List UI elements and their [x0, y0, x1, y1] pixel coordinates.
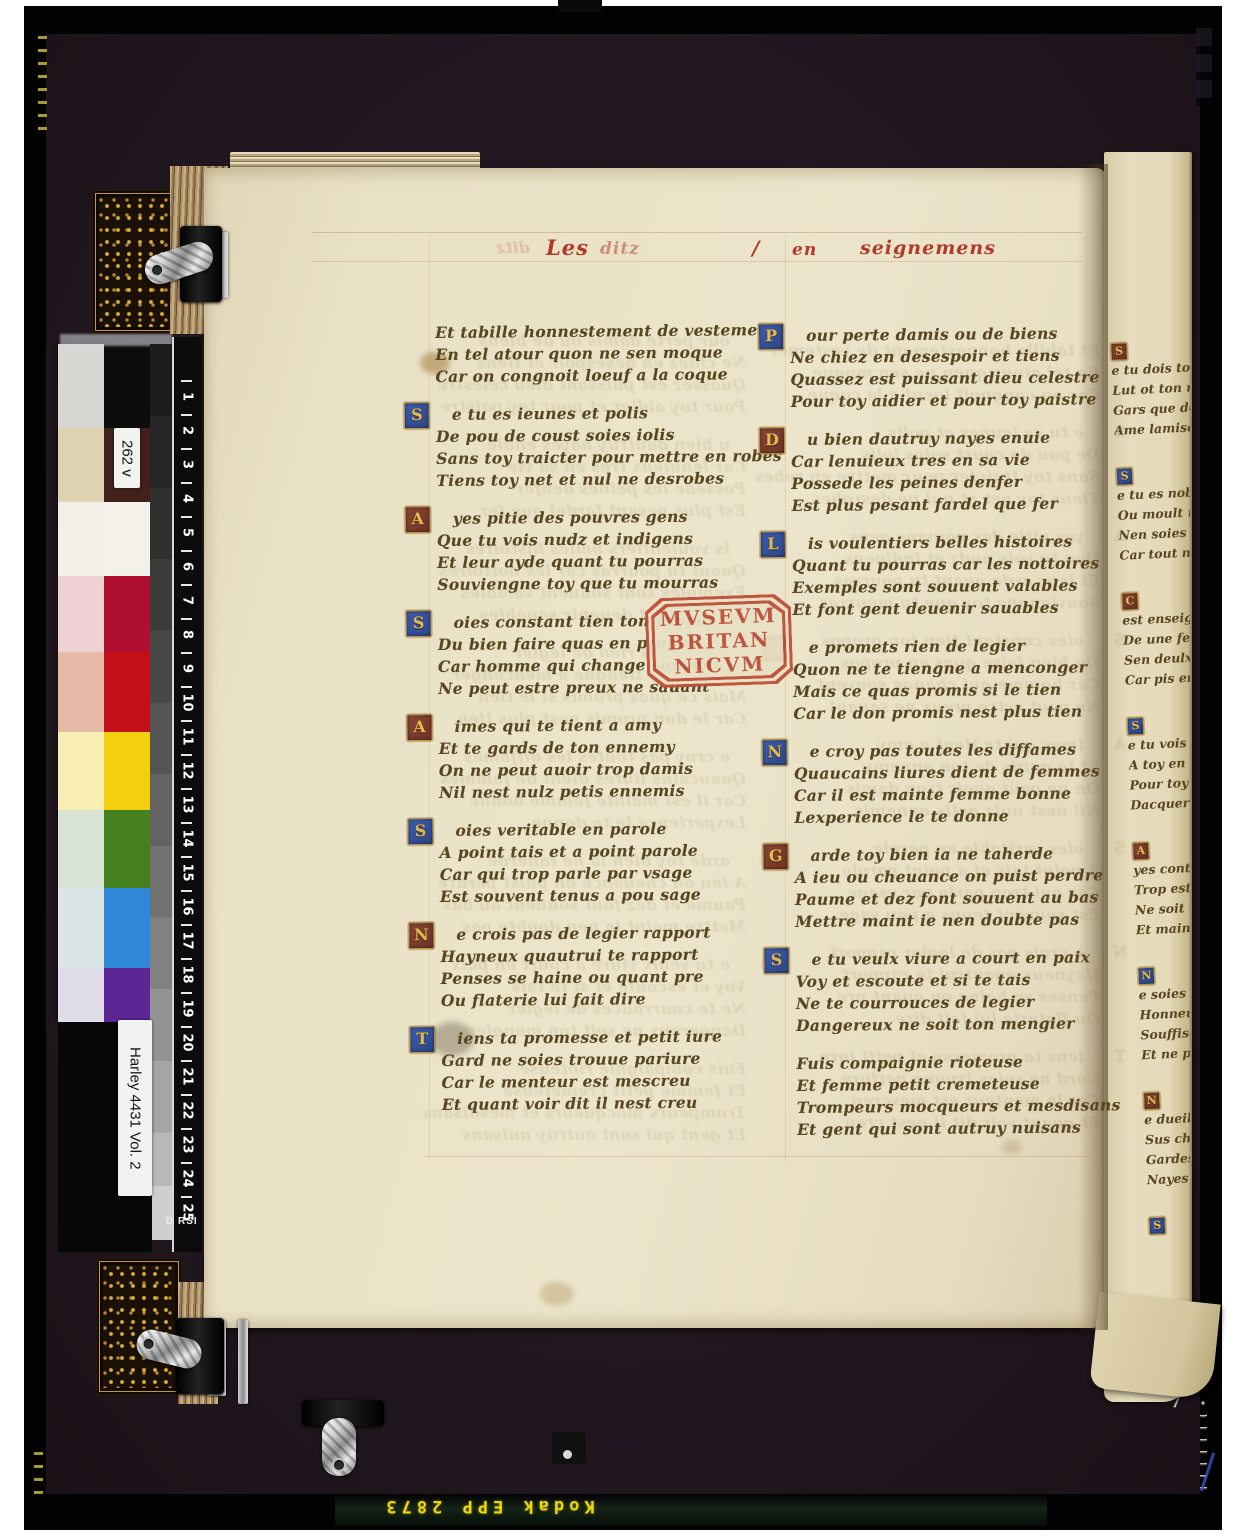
- stanza: Garde toy bien ia ne taherdeA ieu ou che…: [795, 842, 1106, 933]
- ruler-number: 19: [180, 997, 195, 1021]
- stanza: Se tu congnois hoNe le hante soit loCar …: [1148, 1207, 1190, 1236]
- ruler-number: 14: [180, 827, 195, 851]
- verse-line: Quon ne te tiengne a menconger: [793, 656, 1103, 681]
- ruler-tick-icon: [181, 482, 192, 484]
- rubric-header-word: en: [792, 240, 817, 260]
- rubric-showthrough: ditz: [496, 238, 530, 257]
- verse-line: Mais ce quas promis si le tien: [793, 678, 1103, 703]
- ruler-tick-icon: [181, 822, 192, 824]
- stanza: Ayes contenance plTrop estourdi ne tNe s…: [1132, 832, 1190, 940]
- verse-line: Sen deulx amer p: [1124, 645, 1190, 670]
- parchment-stain: [540, 1282, 574, 1306]
- illuminated-initial: A: [405, 506, 431, 533]
- color-patch-vivid: [104, 344, 150, 428]
- ruler-tick-icon: [181, 618, 192, 620]
- verse-line: e tu es noble ou tu: [1116, 481, 1190, 506]
- ruler-number: 13: [180, 793, 195, 817]
- verse-line: A point tais et a point parole: [440, 839, 740, 864]
- illuminated-initial: A: [1132, 842, 1150, 861]
- patch-row: [58, 344, 150, 428]
- verse-line: e croy pas toutes les diffames: [794, 738, 1104, 763]
- verse-line: Mettre maint ie nen doubte pas: [795, 908, 1105, 933]
- ruler-tick-icon: [181, 550, 192, 552]
- verse-line: e tu veulx viure a court en paix: [795, 946, 1105, 971]
- verse-line: Ne te courrouces de legier: [796, 990, 1106, 1015]
- ruler-tick-icon: [181, 856, 192, 858]
- illuminated-initial: T: [409, 1026, 435, 1053]
- patch-row: [58, 888, 150, 968]
- patch-row: [58, 576, 150, 652]
- film-sprocket-marks-icon: [1196, 28, 1212, 106]
- ruler-tick-icon: [181, 720, 192, 722]
- ruler-number: 20: [180, 1031, 195, 1055]
- verse-line: De pou de coust soies iolis: [436, 423, 736, 448]
- verse-line: e crois pas de legier rapport: [440, 921, 740, 946]
- illuminated-initial: S: [1148, 1216, 1166, 1235]
- patch-row: [58, 810, 150, 888]
- patch-row: [58, 502, 150, 576]
- ruler-segment: 21: [174, 1061, 202, 1095]
- ruler-number: 4: [180, 487, 195, 511]
- verse-line: Quant tu pourras car les nottoires: [792, 552, 1102, 577]
- stanza: Ayes pitie des pouvres gensQue tu vois n…: [437, 505, 738, 596]
- verse-line: Dangereux ne soit ton mengier: [796, 1012, 1106, 1037]
- verse-line: Car le menteur est mescreu: [442, 1069, 742, 1094]
- ruler-segment: 10: [174, 687, 202, 721]
- stanza: Ne croy pas toutes les diffamesQuaucains…: [794, 738, 1105, 829]
- ruler-number: 9: [180, 657, 195, 681]
- recto-page-corner: [1089, 1292, 1220, 1400]
- verse-line: Trompeurs mocqueurs et mesdisans: [797, 1094, 1107, 1119]
- ruler-number: 22: [180, 1099, 195, 1123]
- ruler-segment: 2: [174, 415, 202, 449]
- stanza: Ne crois pas de legier rapportHayneux qu…: [440, 921, 741, 1012]
- verse-line: Car on congnoit loeuf a la coque: [435, 363, 735, 388]
- illuminated-initial: S: [1110, 342, 1128, 361]
- verse-line: our perte damis ou de biens: [790, 322, 1100, 347]
- ruled-line: [312, 232, 1082, 233]
- verse-line: Car le don promis nest plus tien: [793, 700, 1103, 725]
- verse-line: Exemples sont souuent valables: [792, 574, 1102, 599]
- ruler-tick-icon: [181, 652, 192, 654]
- ruled-line-vertical: [785, 236, 786, 1162]
- illuminated-initial: S: [1127, 717, 1145, 736]
- verse-line: Penses se haine ou quant pre: [441, 965, 741, 990]
- stanza: Ne promets rien de legierQuon ne te tien…: [793, 634, 1104, 725]
- grayscale-wedge: [150, 344, 172, 1240]
- color-patch-pale: [58, 502, 104, 576]
- verse-line: Possede les peines denfer: [791, 470, 1101, 495]
- illuminated-initial: S: [407, 818, 433, 845]
- ruler-number: 6: [180, 555, 195, 579]
- ruler-tick-icon: [181, 958, 192, 960]
- ruler-segment: 18: [174, 959, 202, 993]
- stanza: Se tu vois fortune pA toy en chevance oP…: [1126, 707, 1190, 815]
- ruler-segment: 20: [174, 1027, 202, 1061]
- verse-line: u bien dautruy nayes enuie: [791, 426, 1101, 451]
- stanza: Cest enseignemenDe une femme ne tSen deu…: [1121, 583, 1190, 691]
- illuminated-initial: A: [406, 714, 432, 741]
- verse-line: Et tabille honnestement de vestemet: [435, 319, 735, 344]
- ruler-segment: 8: [174, 619, 202, 653]
- color-patch-pale: [58, 810, 104, 888]
- ruler-segment: 1: [174, 381, 202, 415]
- folio-label: 262 v: [114, 428, 140, 488]
- binder-clip-handle: [322, 1418, 356, 1476]
- patch-row: [58, 732, 150, 810]
- verse-line: Ame lamise et son: [1114, 416, 1190, 441]
- verse-line: iens ta promesse et petit iure: [441, 1025, 741, 1050]
- verse-line: Et gent qui sont autruy nuisans: [797, 1116, 1107, 1141]
- color-patch-vivid: [104, 732, 150, 810]
- color-patch-vivid: [104, 888, 150, 968]
- color-patch-pale: [58, 732, 104, 810]
- ruler-number: 24: [180, 1167, 195, 1191]
- ruler-tick-icon: [181, 516, 192, 518]
- patch-row: [58, 968, 150, 1022]
- ruler-number: 21: [180, 1065, 195, 1089]
- illuminated-initial: P: [758, 323, 784, 350]
- stanza: Ne dueilles trouverSus chacun ne durGard…: [1143, 1082, 1190, 1190]
- verse-line: Quassez est puissant dieu celestre: [790, 366, 1100, 391]
- verse-line: Car lenuieux tres en sa vie: [791, 448, 1101, 473]
- verse-line: Sans toy traicter pour mettre en robes: [436, 445, 736, 470]
- verse-line: Nen soies pour tan: [1118, 521, 1190, 546]
- ruled-line: [425, 1156, 1090, 1157]
- stanza: Se tu veulx viure a court en paixVoy et …: [795, 946, 1106, 1037]
- stanza: Du bien dautruy nayes enuieCar lenuieux …: [791, 426, 1102, 517]
- verse-line: imes qui te tient a amy: [438, 713, 738, 738]
- stanza: Aimes qui te tient a amyEt te gards de t…: [438, 713, 739, 804]
- color-patch-pale: [58, 968, 104, 1022]
- color-patch-pale: [58, 576, 104, 652]
- illuminated-initial: N: [762, 739, 788, 766]
- ruler-segment: 23: [174, 1129, 202, 1163]
- illuminated-initial: S: [1116, 467, 1134, 486]
- ruler-number: 1: [180, 385, 195, 409]
- ruler-segment: 22: [174, 1095, 202, 1129]
- color-patch-pale: [58, 888, 104, 968]
- verse-line: Fuis compaignie rioteuse: [796, 1050, 1106, 1075]
- recto-edge-text-clip: Se tu dois ton seigLut ot ton maisGars q…: [1106, 336, 1190, 1236]
- ruler-tick-icon: [181, 448, 192, 450]
- rubric-header-word: Les: [546, 235, 589, 260]
- ruler-tick-icon: [181, 992, 192, 994]
- ruler-tick-icon: [181, 686, 192, 688]
- ruler-segment: 5: [174, 517, 202, 551]
- ruler-tick-icon: [181, 890, 192, 892]
- ruler-tick-icon: [181, 1060, 192, 1062]
- verse-line: De une femme ne t: [1123, 625, 1190, 650]
- verse-line: En tel atour quon ne sen moque: [435, 341, 735, 366]
- ruler-segment: 6: [174, 551, 202, 585]
- stanza: Ne soies detracteurHonneurs les ne lSouf…: [1137, 957, 1190, 1065]
- verse-line: Voy et escoute et si te tais: [796, 968, 1106, 993]
- ruler-tick-icon: [181, 1128, 192, 1130]
- verse-line: Et leur ayde quant tu pourras: [437, 549, 737, 574]
- ruler-tick-icon: [181, 754, 192, 756]
- verse-line: Car qui trop parle par vsage: [440, 861, 740, 886]
- stamp-text: MVSEVM BRITAN NICVM: [644, 593, 793, 688]
- stanza: Se tu es noble ou tuOu moult riche toNen…: [1115, 458, 1190, 566]
- illuminated-initial: C: [1121, 592, 1139, 611]
- illuminated-initial: N: [408, 922, 434, 949]
- verse-line: e tu es ieunes et polis: [436, 401, 736, 426]
- verse-line: Paume et dez font souuent au bas: [795, 886, 1105, 911]
- museum-britannicum-stamp: MVSEVM BRITAN NICVM: [644, 593, 793, 688]
- ruler-number: 7: [180, 589, 195, 613]
- verse-line: Ou moult riche to: [1117, 501, 1190, 526]
- ruler-number: 18: [180, 963, 195, 987]
- ruler-number: 8: [180, 623, 195, 647]
- ruler-segment: 12: [174, 755, 202, 789]
- ruler-number: 15: [180, 861, 195, 885]
- verse-line: Gard ne soies trouue pariure: [441, 1047, 741, 1072]
- verse-line: arde toy bien ia ne taherde: [795, 842, 1105, 867]
- ruler-tick-icon: [181, 788, 192, 790]
- ruler-number: 12: [180, 759, 195, 783]
- color-patch-pale: [58, 428, 104, 502]
- verse-line: Tiens toy net et nul ne desrobes: [436, 467, 736, 492]
- ruler-number: 10: [180, 691, 195, 715]
- ruler-number: 11: [180, 725, 195, 749]
- photograph-of-manuscript: Les ditz / en seignemens ditz Pour perte…: [0, 0, 1243, 1536]
- ruler-number: 23: [180, 1133, 195, 1157]
- verse-line: Quaucains liures dient de femmes: [794, 760, 1104, 785]
- ruler-suffix-label: D RSI: [166, 1216, 206, 1227]
- ruler-scale: 1234567891011121314151617181920212223242…: [174, 381, 202, 1231]
- ruler-tick-icon: [181, 1196, 192, 1198]
- ruler-segment: 3: [174, 449, 202, 483]
- ruler-number: 5: [180, 521, 195, 545]
- ruler-segment: 17: [174, 925, 202, 959]
- illuminated-initial: S: [763, 947, 789, 974]
- illuminated-initial: N: [1143, 1092, 1161, 1111]
- stanza: Se tu es ieunes et polisDe pou de coust …: [436, 401, 737, 492]
- verse-line: Et femme petit cremeteuse: [797, 1072, 1107, 1097]
- verse-line: Que tu vois nudz et indigens: [437, 527, 737, 552]
- verse-line: Nil nest nulz petis ennemis: [439, 779, 739, 804]
- verse-line: Et te gards de ton ennemy: [439, 735, 739, 760]
- stamp-line: BRITAN: [646, 626, 793, 655]
- illuminated-initial: L: [760, 531, 786, 558]
- color-patch-vivid: [104, 502, 150, 576]
- color-patch-vivid: [104, 968, 150, 1022]
- illuminated-initial: S: [404, 402, 430, 429]
- ruler-tick-icon: [181, 584, 192, 586]
- verse-line: On ne peut auoir trop damis: [439, 757, 739, 782]
- verse-line: Car pis en vauldro: [1125, 665, 1190, 690]
- verse-line: Car tout nest que: [1119, 541, 1190, 566]
- ruler-tick-icon: [181, 924, 192, 926]
- ruler-segment: 11: [174, 721, 202, 755]
- text-column-right: Pour perte damis ou de biensNe chiez en …: [790, 322, 1107, 1157]
- verse-line: A ieu ou cheuance on puist perdre: [795, 864, 1105, 889]
- verse-line: est enseignemen: [1122, 606, 1190, 631]
- stanza: Et tabille honnestement de vestemetEn te…: [435, 319, 736, 388]
- film-edge-marks-icon: [38, 36, 47, 136]
- rubric-header-word: seignemens: [860, 237, 996, 259]
- stanza: Se tu dois ton seigLut ot ton maisGars q…: [1110, 336, 1190, 441]
- verse-line: Lexperience le te donne: [794, 804, 1104, 829]
- verse-line: Car il est mainte femme bonne: [794, 782, 1104, 807]
- ruler-segment: 7: [174, 585, 202, 619]
- verse-line: Souviengne toy que tu mourras: [437, 571, 737, 596]
- color-patch-vivid: [104, 652, 150, 732]
- ruler-segment: 4: [174, 483, 202, 517]
- illuminated-initial: G: [763, 843, 789, 870]
- rubric-header-separator: /: [752, 236, 760, 260]
- verse-line: Ne chiez en desespoir et tiens: [790, 344, 1100, 369]
- color-patch-pale: [58, 652, 104, 732]
- small-clamp: [552, 1432, 586, 1464]
- verse-line: Et quant voir dit il nest creu: [442, 1091, 742, 1116]
- stanza: Pour perte damis ou de biensNe chiez en …: [790, 322, 1101, 413]
- film-brand-text: Kodak EPP 2873: [352, 1496, 624, 1516]
- ruler-segment: 14: [174, 823, 202, 857]
- film-edge-marks-icon: [34, 1452, 43, 1504]
- stanza: Soies veritable en paroleA point tais et…: [439, 817, 740, 908]
- patch-row: [58, 652, 150, 732]
- illuminated-initial: D: [759, 427, 785, 454]
- color-patch-vivid: [104, 576, 150, 652]
- illuminated-initial: N: [1137, 967, 1155, 986]
- gold-tooled-binding-bottom: [96, 1258, 182, 1395]
- ruler-segment: 15: [174, 857, 202, 891]
- verse-line: Hayneux quautrui te rapport: [440, 943, 740, 968]
- verse-line: Et font gent deuenir sauables: [792, 596, 1102, 621]
- rubric-header-word-faded: ditz: [600, 239, 640, 259]
- stanza: Tiens ta promesse et petit iureGard ne s…: [441, 1025, 742, 1116]
- ruled-line-vertical: [429, 236, 430, 1162]
- ruler-tick-icon: [181, 1094, 192, 1096]
- ruler-tick-icon: [181, 1026, 192, 1028]
- ruler-number: 2: [180, 419, 195, 443]
- verse-line: Est souvent tenus a pou sage: [440, 883, 740, 908]
- verse-line: Est plus pesant fardel que fer: [791, 492, 1101, 517]
- color-patch-vivid: [104, 810, 150, 888]
- ruler-number: 3: [180, 453, 195, 477]
- stanza: Lis voulentiers belles histoiresQuant tu…: [792, 530, 1103, 621]
- stamp-line: NICVM: [646, 650, 793, 679]
- ruler-number: 17: [180, 929, 195, 953]
- ruler-tick-icon: [181, 1162, 192, 1164]
- recto-text: Se tu dois ton seigLut ot ton maisGars q…: [1110, 336, 1190, 1236]
- verse-line: oies veritable en parole: [439, 817, 739, 842]
- ruler-segment: 9: [174, 653, 202, 687]
- verse-line: Pour toy aidier et pour toy paistre: [791, 388, 1101, 413]
- ruler-segment: 19: [174, 993, 202, 1027]
- stanza: Fuis compaignie rioteuseEt femme petit c…: [796, 1050, 1107, 1141]
- verse-line: is voulentiers belles histoires: [792, 530, 1102, 555]
- verse-line: Ou flaterie lui fait dire: [441, 987, 741, 1012]
- binder-clip-bar: [238, 1320, 248, 1404]
- color-patch-pale: [58, 344, 104, 428]
- text-column-left: Et tabille honnestement de vestemetEn te…: [435, 319, 742, 1132]
- ruled-line: [312, 261, 1082, 262]
- shelfmark-label: Harley 4431 Vol. 2: [118, 1020, 152, 1196]
- ruler-tick-icon: [181, 414, 192, 416]
- verse-line: yes pitie des pouvres gens: [437, 505, 737, 530]
- ruler: 1234567891011121314151617181920212223242…: [172, 337, 202, 1252]
- verse-line: e promets rien de legier: [793, 634, 1103, 659]
- ruler-segment: 13: [174, 789, 202, 823]
- illuminated-initial: S: [406, 610, 432, 637]
- ruler-segment: 16: [174, 891, 202, 925]
- ruler-tick-icon: [181, 380, 192, 382]
- mount-tab: [558, 0, 602, 12]
- ruler-segment: 24: [174, 1163, 202, 1197]
- ruler-number: 16: [180, 895, 195, 919]
